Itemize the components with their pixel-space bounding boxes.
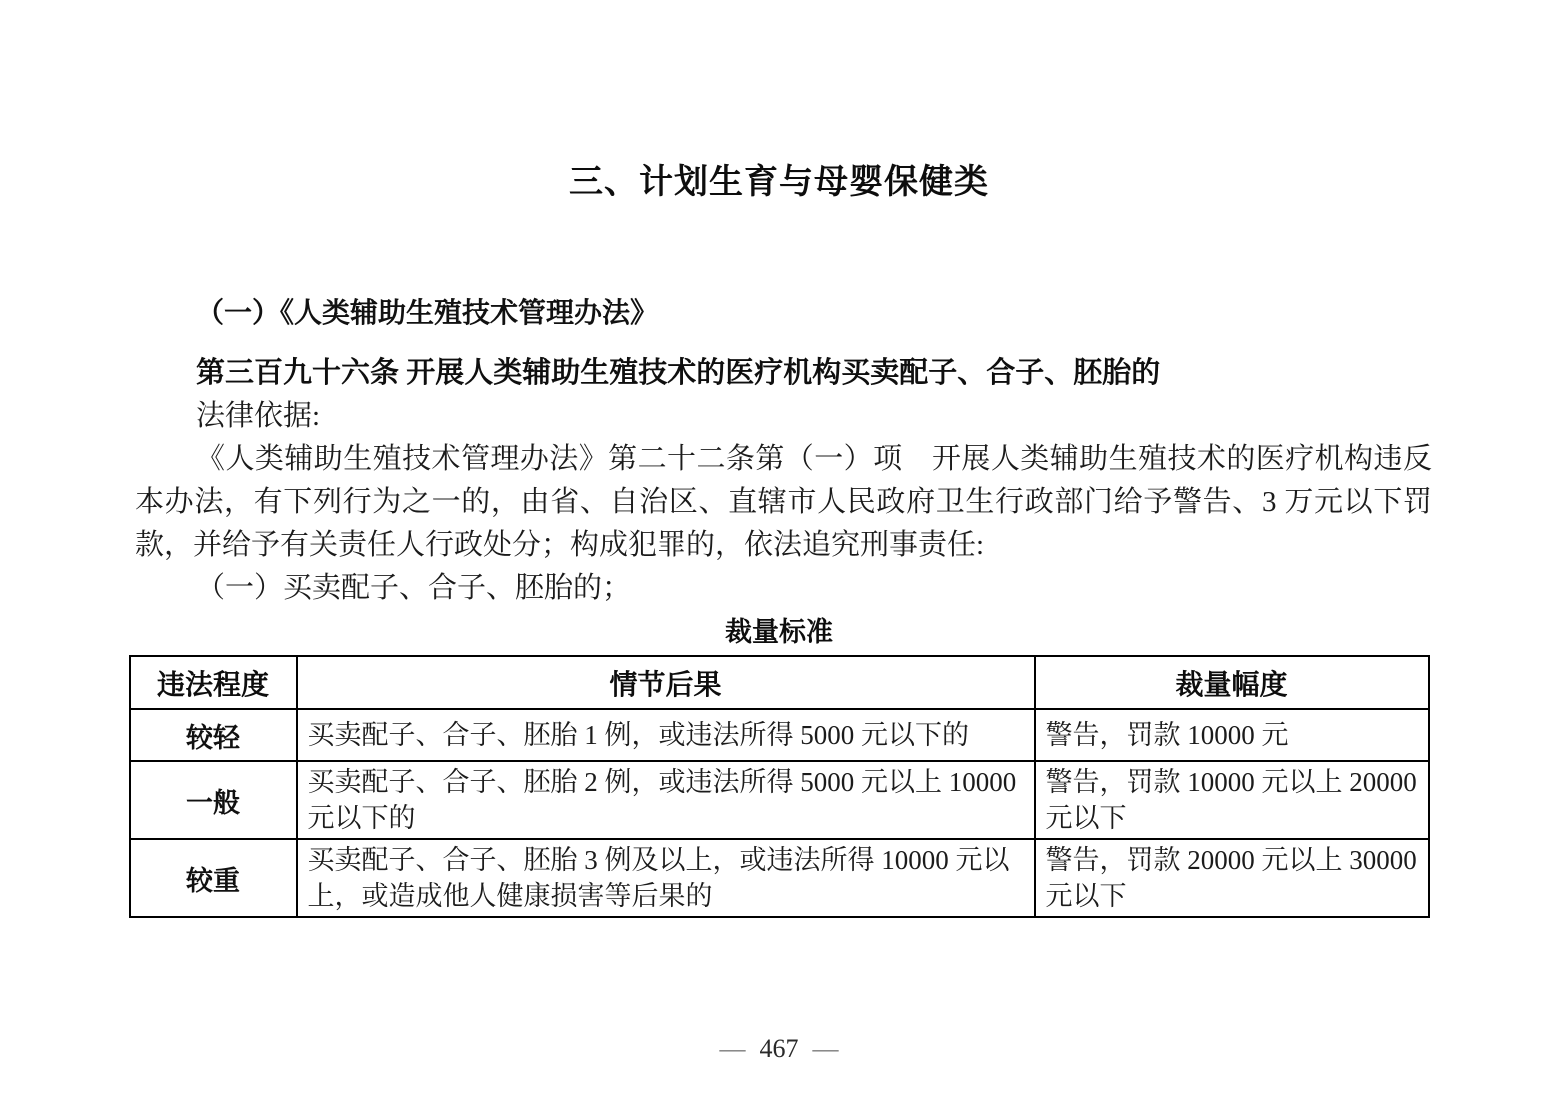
section-heading: （一）《人类辅助生殖技术管理办法》 <box>196 297 1432 331</box>
page-number: —467— <box>0 1034 1558 1064</box>
column-header-circumstance: 情节后果 <box>297 656 1035 709</box>
cell-circumstance-severe: 买卖配子、合子、胚胎 3 例及以上，或违法所得 10000 元以上，或造成他人健… <box>297 839 1035 917</box>
table-title: 裁量标准 <box>0 618 1558 646</box>
list-item-1: （一）买卖配子、合子、胚胎的； <box>135 567 1432 610</box>
page-number-value: 467 <box>760 1034 799 1063</box>
cell-discretion-minor: 警告，罚款 10000 元 <box>1035 709 1429 761</box>
cell-level-general: 一般 <box>130 761 297 839</box>
table-header-row: 违法程度 情节后果 裁量幅度 <box>130 656 1429 709</box>
discretion-standard-table: 违法程度 情节后果 裁量幅度 较轻 买卖配子、合子、胚胎 1 例，或违法所得 5… <box>129 655 1430 918</box>
article-body: 第三百九十六条 开展人类辅助生殖技术的医疗机构买卖配子、合子、胚胎的 法律依据:… <box>135 352 1432 610</box>
legal-basis-label: 法律依据: <box>135 395 1432 438</box>
document-page: 三、计划生育与母婴保健类 （一）《人类辅助生殖技术管理办法》 第三百九十六条 开… <box>0 0 1558 1102</box>
page-title: 三、计划生育与母婴保健类 <box>0 0 1558 202</box>
column-header-discretion-range: 裁量幅度 <box>1035 656 1429 709</box>
cell-discretion-general: 警告，罚款 10000 元以上 20000 元以下 <box>1035 761 1429 839</box>
article-heading: 第三百九十六条 开展人类辅助生殖技术的医疗机构买卖配子、合子、胚胎的 <box>135 352 1432 395</box>
table-row: 较重 买卖配子、合子、胚胎 3 例及以上，或违法所得 10000 元以上，或造成… <box>130 839 1429 917</box>
page-number-right-dash: — <box>799 1034 853 1063</box>
cell-level-severe: 较重 <box>130 839 297 917</box>
cell-level-minor: 较轻 <box>130 709 297 761</box>
table-row: 较轻 买卖配子、合子、胚胎 1 例，或违法所得 5000 元以下的 警告，罚款 … <box>130 709 1429 761</box>
cell-discretion-severe: 警告，罚款 20000 元以上 30000 元以下 <box>1035 839 1429 917</box>
cell-circumstance-minor: 买卖配子、合子、胚胎 1 例，或违法所得 5000 元以下的 <box>297 709 1035 761</box>
table-row: 一般 买卖配子、合子、胚胎 2 例，或违法所得 5000 元以上 10000 元… <box>130 761 1429 839</box>
legal-basis-paragraph: 《人类辅助生殖技术管理办法》第二十二条第（一）项 开展人类辅助生殖技术的医疗机构… <box>135 438 1432 567</box>
cell-circumstance-general: 买卖配子、合子、胚胎 2 例，或违法所得 5000 元以上 10000 元以下的 <box>297 761 1035 839</box>
page-number-left-dash: — <box>706 1034 760 1063</box>
column-header-violation-degree: 违法程度 <box>130 656 297 709</box>
